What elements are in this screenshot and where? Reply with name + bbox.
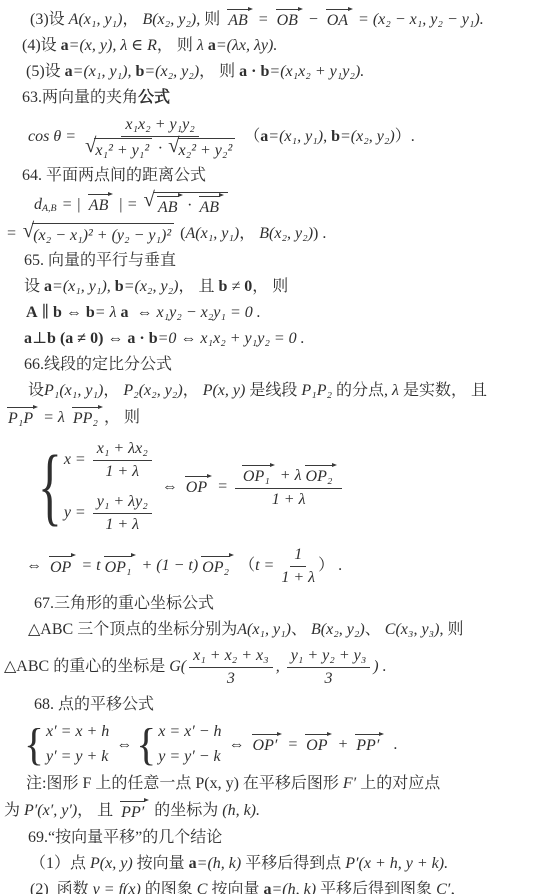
math-run: ⊥ [32, 329, 47, 350]
vector-arrow-run: OP′ [251, 733, 282, 757]
formula-line: {x′ = x + hy′ = y + k ⇔ {x = x′ − hy = y… [0, 720, 552, 770]
math-run: =(x, y), λ ∈ R [69, 36, 157, 57]
math-run: = λ [95, 303, 121, 324]
text-run: ， [183, 381, 203, 402]
math-run: =(h, k) [271, 880, 316, 894]
vector-arrow-run: OP [184, 475, 211, 499]
math-run: t = [255, 556, 278, 577]
text-run: 、 [365, 620, 385, 641]
vector-label: OP [306, 737, 327, 754]
text-run: ( [176, 224, 185, 245]
vector-label: OA [327, 12, 348, 29]
vector-arrow-run: OA [325, 8, 352, 32]
text-run: ， 则 [252, 277, 288, 298]
fraction: y₁ + y₂ + y₃3 [287, 646, 371, 689]
vector-arrow-run: AB [156, 195, 182, 219]
math-run: 1 + λ [105, 515, 139, 535]
math-run: d [34, 195, 42, 216]
math-run: = t [77, 556, 100, 577]
math-run: =(x₂, y₂) [340, 127, 395, 148]
math-run: P(x, y) [203, 381, 246, 402]
text-run: △ABC 的重心的坐标是 [4, 657, 169, 678]
math-run: C(x₃, y₃) [385, 620, 440, 641]
text-run: 上的对应点 [356, 774, 440, 795]
radicand: (x₂ − x₁)² + (y₂ − y₁)² [32, 223, 174, 247]
text-run: 是实数， 且 [399, 381, 487, 402]
cases-row: y = y′ − k [158, 747, 221, 768]
math-run: B(x₂, y₂) [311, 620, 365, 641]
vector-label: OP₂ [202, 559, 229, 576]
section-heading: 63.两向量的夹角公式 [0, 88, 552, 110]
text-run: . [385, 735, 397, 756]
math-run: | = [114, 195, 141, 216]
text-run: ， 则 [157, 36, 197, 57]
fraction: 11 + λ [281, 545, 315, 588]
math-run: B(x₂, y₂) [142, 10, 196, 31]
formula-line: ⇔ OP = tOP₁ + (1 − t)OP₂ （t = 11 + λ） . [0, 544, 552, 589]
math-run: = [254, 10, 273, 31]
radical: √x₂² + y₂² [168, 138, 235, 161]
math-run: 1 + λ [272, 490, 306, 510]
text-run: ） . [318, 556, 342, 577]
text-run: 是线段 [245, 381, 301, 402]
bold-vector-run: b [331, 127, 340, 148]
formula-line: {x = x₁ + λx₂1 + λy = y₁ + λy₂1 + λ ⇔ OP… [0, 434, 552, 540]
math-run: 3 [325, 669, 333, 689]
math-run: λ [392, 381, 399, 402]
formula-line: (3)设 A(x₁, y₁)， B(x₂, y₂), 则 AB = OB − O… [0, 8, 552, 32]
text-run: (2) 函数 [30, 880, 93, 894]
left-brace-icon: { [24, 724, 44, 765]
section-heading: 65. 向量的平行与垂直 [0, 250, 552, 272]
text-run: ， [239, 224, 259, 245]
formula-line: dA,B = | AB | = √AB · AB [0, 192, 552, 219]
text-run: △ABC 三个顶点的坐标分别为 [28, 620, 237, 641]
section-heading: 64. 平面两点间的距离公式 [0, 166, 552, 188]
vector-arrow-run: OP₁ [103, 555, 136, 579]
vector-label: PP′ [356, 737, 379, 754]
vector-label: AB [200, 199, 220, 216]
cases-rows: x = x′ − hy = y′ − k [158, 720, 221, 770]
formula-line: （1）点 P(x, y) 按向量 a=(h, k) 平移后得到点 P′(x + … [0, 854, 552, 876]
math-run: 3 [227, 669, 235, 689]
math-run: x = [64, 450, 90, 471]
radical: √x₁² + y₁² [85, 138, 152, 161]
text-run: 平移后得到点 [241, 854, 345, 875]
math-run: A(x₁, y₁) [186, 224, 240, 245]
vector-label: AB [158, 199, 178, 216]
math-run: ⇔ [225, 735, 249, 756]
formula-line: △ABC 的重心的坐标是 G(x₁ + x₂ + x₃3, y₁ + y₂ + … [0, 645, 552, 690]
vector-arrow-run: P₁P [6, 406, 37, 430]
math-run: = λ [39, 408, 69, 429]
vector-label: PP₂ [73, 410, 98, 427]
vector-label: P₁P [8, 410, 33, 427]
formula-line: 设P₁(x₁, y₁)， P₂(x₂, y₂)， P(x, y) 是线段 P₁P… [0, 380, 552, 402]
math-run: P′(x′, y′) [24, 801, 77, 822]
math-run: =(x₁x₂ + y₁y₂). [269, 62, 364, 83]
math-run: = [6, 224, 21, 245]
bold-vector-run: a [65, 62, 73, 83]
math-run: P₁P₂ [301, 381, 332, 402]
math-run: ⇔ [112, 735, 136, 756]
math-run: C′ [436, 880, 450, 894]
section-heading: 66.线段的定比分公式 [0, 354, 552, 376]
math-run: ⇔ [158, 477, 182, 498]
text-run: 设 [28, 381, 44, 402]
radical: √(x₂ − x₁)² + (y₂ − y₁)² [23, 223, 174, 247]
math-run: · [154, 139, 166, 159]
text-run: ， 则 [199, 62, 239, 83]
bold-vector-run: b [53, 303, 62, 324]
math-run: P′(x + h, y + k). [345, 854, 448, 875]
fraction-denominator: 1 + λ [105, 514, 139, 535]
math-run: ) . [373, 657, 386, 678]
math-run: + λ [276, 466, 302, 486]
text-run: , [323, 127, 331, 148]
fraction-numerator: x₁ + λx₂ [93, 439, 152, 461]
vector-label: OP′ [253, 737, 278, 754]
math-run: x = x′ − h [158, 722, 221, 743]
math-run: + [333, 735, 352, 756]
bold-vector-run: b [115, 277, 124, 298]
bold-vector-run: (a ≠ 0) [60, 329, 103, 350]
math-run: y = f(x) [93, 880, 141, 894]
vector-label: OP [50, 559, 71, 576]
bold-vector-run: a [44, 277, 52, 298]
text-run: 按向量 [133, 854, 189, 875]
math-run: x₁x₂ + y₁y₂ [125, 115, 194, 135]
text-run: （1）点 [30, 854, 90, 875]
vector-label: OP [186, 479, 207, 496]
fraction: x₁ + x₂ + x₃3 [189, 646, 273, 689]
math-run: = | [58, 195, 85, 216]
formula-line: △ABC 三个顶点的坐标分别为A(x₁, y₁)、 B(x₂, y₂)、 C(x… [0, 619, 552, 641]
math-run: =0 ⇔ x₁x₂ + y₁y₂ = 0 . [158, 329, 305, 350]
text-run: (4)设 [22, 36, 61, 57]
text-run: 68. 点的平移公式 [34, 695, 154, 716]
text-run: （ [240, 127, 260, 148]
math-run: y₁ + y₂ + y₃ [291, 646, 367, 666]
math-run: ⇔ [26, 556, 46, 577]
text-run: ， [450, 880, 466, 894]
math-run: ≠ [227, 277, 244, 298]
math-run: 1 + λ [105, 462, 139, 482]
cases-row: y′ = y + k [46, 747, 109, 768]
vector-arrow-run: OB [275, 8, 302, 32]
radicand: AB · AB [153, 192, 228, 219]
fraction-numerator: y₁ + y₂ + y₃ [287, 646, 371, 668]
math-run: (h, k). [222, 801, 260, 822]
math-run: = (x₂ − x₁, y₂ − y₁). [354, 10, 484, 31]
bold-vector-run: a [260, 127, 268, 148]
vector-label: OP₁ [243, 468, 270, 485]
cases-row: x = x′ − h [158, 722, 221, 743]
vector-arrow-run: OP₂ [304, 464, 337, 487]
left-brace-icon: { [38, 448, 62, 526]
fraction: x₁ + λx₂1 + λ [93, 439, 152, 482]
fraction-numerator: 1 [290, 545, 306, 567]
text-run: 67.三角形的重心坐标公式 [34, 594, 214, 615]
math-run: ⇔ x₁y₂ − x₂y₁ = 0 . [129, 303, 261, 324]
bold-vector-run: a · b [127, 329, 157, 350]
math-run: x₁ + x₂ + x₃ [193, 646, 269, 666]
bold-vector-run: a [189, 854, 197, 875]
math-run: A(x₁, y₁) [69, 10, 123, 31]
math-run: =(x₁, y₁), [52, 277, 115, 298]
radicand: x₁² + y₁² [94, 138, 152, 161]
math-run: , [276, 657, 284, 678]
math-run: ⇔ [62, 303, 86, 324]
math-run: = [283, 735, 302, 756]
formula-line: cos θ = x₁x₂ + y₁y₂√x₁² + y₁² · √x₂² + y… [0, 114, 552, 162]
fraction-denominator: 1 + λ [281, 567, 315, 588]
fraction-numerator: x₁x₂ + y₁y₂ [121, 115, 198, 137]
vector-arrow-run: OP₁ [241, 464, 274, 487]
math-run: 1 + λ [281, 568, 315, 588]
math-run: F′ [343, 774, 356, 795]
math-run: 1 [294, 545, 302, 565]
math-run: (x₂ − x₁)² + (y₂ − y₁)² [33, 226, 171, 247]
math-run: B(x₂, y₂) [259, 224, 313, 245]
text-run: (3)设 [30, 10, 69, 31]
formula-line: A ∥ b ⇔ b= λ a ⇔ x₁y₂ − x₂y₁ = 0 . [0, 302, 552, 324]
formula-line: P₁P = λ PP₂， 则 [0, 406, 552, 430]
text-run: 的图象 [141, 880, 197, 894]
math-run: A(x₁, y₁) [237, 620, 291, 641]
text-run: （ [235, 556, 255, 577]
formula-line: (4)设 a=(x, y), λ ∈ R， 则 λ a=(λx, λy). [0, 36, 552, 58]
vector-label: AB [228, 12, 248, 29]
cases-rows: x = x₁ + λx₂1 + λy = y₁ + λy₂1 + λ [64, 434, 155, 540]
math-run: C [197, 880, 208, 894]
math-run: x₁ + λx₂ [97, 439, 148, 459]
text-run: (5)设 [26, 62, 65, 83]
cases-row: x′ = x + h [46, 722, 109, 743]
text-run: 69.“按向量平移”的几个结论 [28, 828, 222, 849]
math-run: − [304, 10, 323, 31]
math-run: G( [169, 657, 186, 678]
text-run: 64. 平面两点间的距离公式 [22, 166, 206, 187]
formula-line: a⊥b (a ≠ 0) ⇔ a · b=0 ⇔ x₁x₂ + y₁y₂ = 0 … [0, 328, 552, 350]
bold-vector-run: a [208, 36, 216, 57]
math-run: · [184, 196, 196, 217]
text-run: 平移后得到图象 [316, 880, 436, 894]
section-heading: 68. 点的平移公式 [0, 694, 552, 716]
math-run: ⇔ [103, 329, 127, 350]
vector-label: OP₂ [306, 468, 333, 485]
vector-arrow-run: OP [48, 555, 75, 579]
math-run: y = [64, 503, 90, 524]
fraction-denominator: 3 [325, 668, 333, 689]
math-run: cos θ = [28, 127, 80, 148]
math-run: =(x₂, y₂) [144, 62, 199, 83]
bold-vector-run: b [219, 277, 228, 298]
text-run: 的分点, [332, 381, 392, 402]
math-run: P₂(x₂, y₂) [123, 381, 182, 402]
vector-arrow-run: PP′ [354, 733, 383, 757]
fraction: x₁x₂ + y₁y₂√x₁² + y₁² · √x₂² + y₂² [83, 115, 237, 161]
text-run: 设 [24, 277, 44, 298]
bold-vector-run: 0 [244, 277, 252, 298]
vector-arrow-run: AB [226, 8, 252, 32]
vector-label: PP′ [121, 804, 144, 821]
radicand: x₂² + y₂² [178, 138, 236, 161]
text-run: ， 且 [77, 801, 117, 822]
bold-vector-run: a [61, 36, 69, 57]
text-run: 65. 向量的平行与垂直 [24, 251, 176, 272]
bold-vector-run: a [263, 880, 271, 894]
formula-line: 设 a=(x₁, y₁), b=(x₂, y₂)， 且 b ≠ 0， 则 [0, 276, 552, 298]
fraction-denominator: 1 + λ [105, 461, 139, 482]
text-run: ， 且 [178, 277, 218, 298]
math-run: = [213, 477, 232, 498]
vector-label: AB [89, 197, 109, 214]
vector-arrow-run: AB [87, 193, 113, 217]
text-run: 的坐标为 [150, 801, 222, 822]
left-brace-icon: { [136, 724, 156, 765]
subscript-run: A,B [42, 203, 57, 216]
math-run: λ [197, 36, 208, 57]
vector-arrow-run: PP′ [119, 800, 148, 824]
vector-arrow-run: OP [304, 733, 331, 757]
text-run: 注:图形 F 上的任意一点 P(x, y) 在平移后图形 [26, 774, 343, 795]
fraction-denominator: √x₁² + y₁² · √x₂² + y₂² [83, 137, 237, 161]
formula-line: 注:图形 F 上的任意一点 P(x, y) 在平移后图形 F′ 上的对应点 [0, 774, 552, 796]
text-run: ) . [313, 224, 326, 245]
math-run: + (1 − t) [137, 556, 198, 577]
math-run: y = y′ − k [158, 747, 220, 768]
text-run: 为 [4, 801, 24, 822]
fraction-numerator: x₁ + x₂ + x₃ [189, 646, 273, 668]
bold-vector-run: a [24, 329, 32, 350]
math-run: =(x₂, y₂) [124, 277, 179, 298]
vector-arrow-run: AB [198, 195, 224, 219]
bold-vector-run: b [135, 62, 144, 83]
fraction-numerator: OP₁ + λOP₂ [235, 464, 343, 489]
vector-arrow-run: PP₂ [71, 406, 102, 430]
bold-vector-run: 公式 [138, 88, 170, 109]
cases-group: {x′ = x + hy′ = y + k [24, 720, 109, 770]
math-run: =(x₁, y₁), [73, 62, 136, 83]
vector-label: OB [277, 12, 298, 29]
math-run: x₂² + y₂² [179, 141, 233, 161]
fraction-denominator: 1 + λ [272, 489, 306, 510]
math-run: ∥ [38, 303, 53, 324]
text-run: 按向量 [207, 880, 263, 894]
math-run: =(λx, λy). [216, 36, 278, 57]
section-heading: 69.“按向量平移”的几个结论 [0, 828, 552, 850]
formula-line: 为 P′(x′, y′)， 且 PP′ 的坐标为 (h, k). [0, 800, 552, 824]
bold-vector-run: a · b [239, 62, 269, 83]
text-run: 、 [291, 620, 311, 641]
section-heading: 67.三角形的重心坐标公式 [0, 593, 552, 615]
fraction: y₁ + λy₂1 + λ [93, 492, 152, 535]
math-run: P₁(x₁, y₁) [44, 381, 103, 402]
vector-label: OP₁ [105, 559, 132, 576]
text-run: 63.两向量的夹角 [22, 88, 138, 109]
text-run: ， [103, 381, 123, 402]
cases-rows: x′ = x + hy′ = y + k [46, 720, 109, 770]
formula-line: = √(x₂ − x₁)² + (y₂ − y₁)² (A(x₁, y₁)， B… [0, 223, 552, 247]
text-run: 66.线段的定比分公式 [24, 355, 172, 376]
text-run: ， 则 [104, 408, 140, 429]
cases-row: x = x₁ + λx₂1 + λ [64, 438, 155, 483]
vector-arrow-run: OP₂ [200, 555, 233, 579]
text-run: ， [122, 10, 142, 31]
cases-group: {x = x₁ + λx₂1 + λy = y₁ + λy₂1 + λ [38, 434, 155, 540]
formula-line: (2) 函数 y = f(x) 的图象 C 按向量 a=(h, k) 平移后得到… [0, 880, 552, 894]
text-run: ）. [395, 127, 415, 148]
bold-vector-run: a [121, 303, 129, 324]
math-run: =(h, k) [197, 854, 242, 875]
math-run: P(x, y) [90, 854, 133, 875]
math-run: x′ = x + h [46, 722, 109, 743]
math-run: =(x₁, y₁) [268, 127, 323, 148]
cases-row: y = y₁ + λy₂1 + λ [64, 491, 155, 536]
formula-document: (3)设 A(x₁, y₁)， B(x₂, y₂), 则 AB = OB − O… [0, 0, 556, 894]
bold-vector-run: b [86, 303, 95, 324]
bold-vector-run: A [26, 303, 38, 324]
fraction-numerator: y₁ + λy₂ [93, 492, 152, 514]
math-run: y₁ + λy₂ [97, 492, 148, 512]
text-run: , 则 [196, 10, 224, 31]
text-run: , 则 [439, 620, 463, 641]
cases-group: {x = x′ − hy = y′ − k [136, 720, 221, 770]
fraction-denominator: 3 [227, 668, 235, 689]
bold-vector-run: b [47, 329, 56, 350]
math-run: y′ = y + k [46, 747, 108, 768]
formula-line: (5)设 a=(x₁, y₁), b=(x₂, y₂)， 则 a · b=(x₁… [0, 62, 552, 84]
radical: √AB · AB [144, 192, 229, 219]
fraction: OP₁ + λOP₂1 + λ [235, 464, 343, 510]
math-run: x₁² + y₁² [95, 141, 149, 161]
